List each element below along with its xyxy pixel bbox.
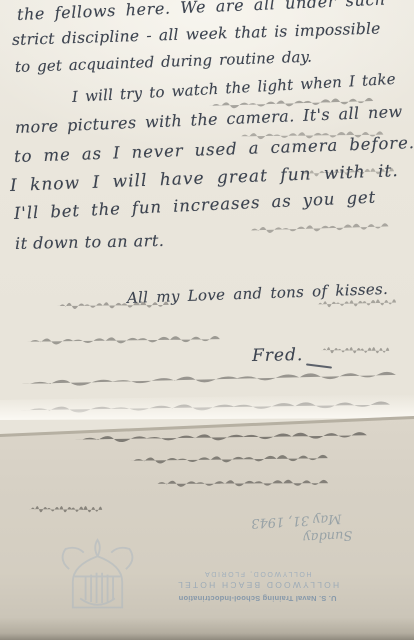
folded-lower-section: U. S. Naval Training School-Indoctrinati… xyxy=(0,414,414,640)
bleed-through-writing xyxy=(14,367,400,391)
date-day-line: Sunday xyxy=(242,527,353,548)
letter-line: strict discipline - all week that is imp… xyxy=(12,19,381,49)
signature-flourish xyxy=(306,363,332,368)
fold-crease-highlight xyxy=(0,394,414,420)
bleed-through-writing xyxy=(320,343,390,357)
letterhead-school-line: U. S. Naval Training School-Indoctrinati… xyxy=(175,594,340,603)
flipped-letterhead-section: U. S. Naval Training School-Indoctrinati… xyxy=(0,414,414,640)
letter-line: to get acquainted during routine day. xyxy=(15,48,313,76)
hotel-crest-icon xyxy=(55,538,140,613)
letter-line: it down to an art. xyxy=(15,231,165,253)
handwritten-date: Sunday May 31, 1943 xyxy=(241,510,353,548)
letter-photo: the fellows here. We are all under such … xyxy=(0,0,414,640)
bleed-through-writing xyxy=(245,218,390,237)
signature: Fred. xyxy=(252,345,304,366)
letterhead-city-line: HOLLYWOOD, FLORIDA xyxy=(175,570,340,577)
letterhead: U. S. Naval Training School-Indoctrinati… xyxy=(175,570,340,603)
bleed-through-writing xyxy=(22,331,222,348)
letter-line: to me as I never used a camera before. xyxy=(14,133,414,166)
letterhead-hotel-line: HOLLYWOOD BEACH HOTEL xyxy=(175,580,340,590)
